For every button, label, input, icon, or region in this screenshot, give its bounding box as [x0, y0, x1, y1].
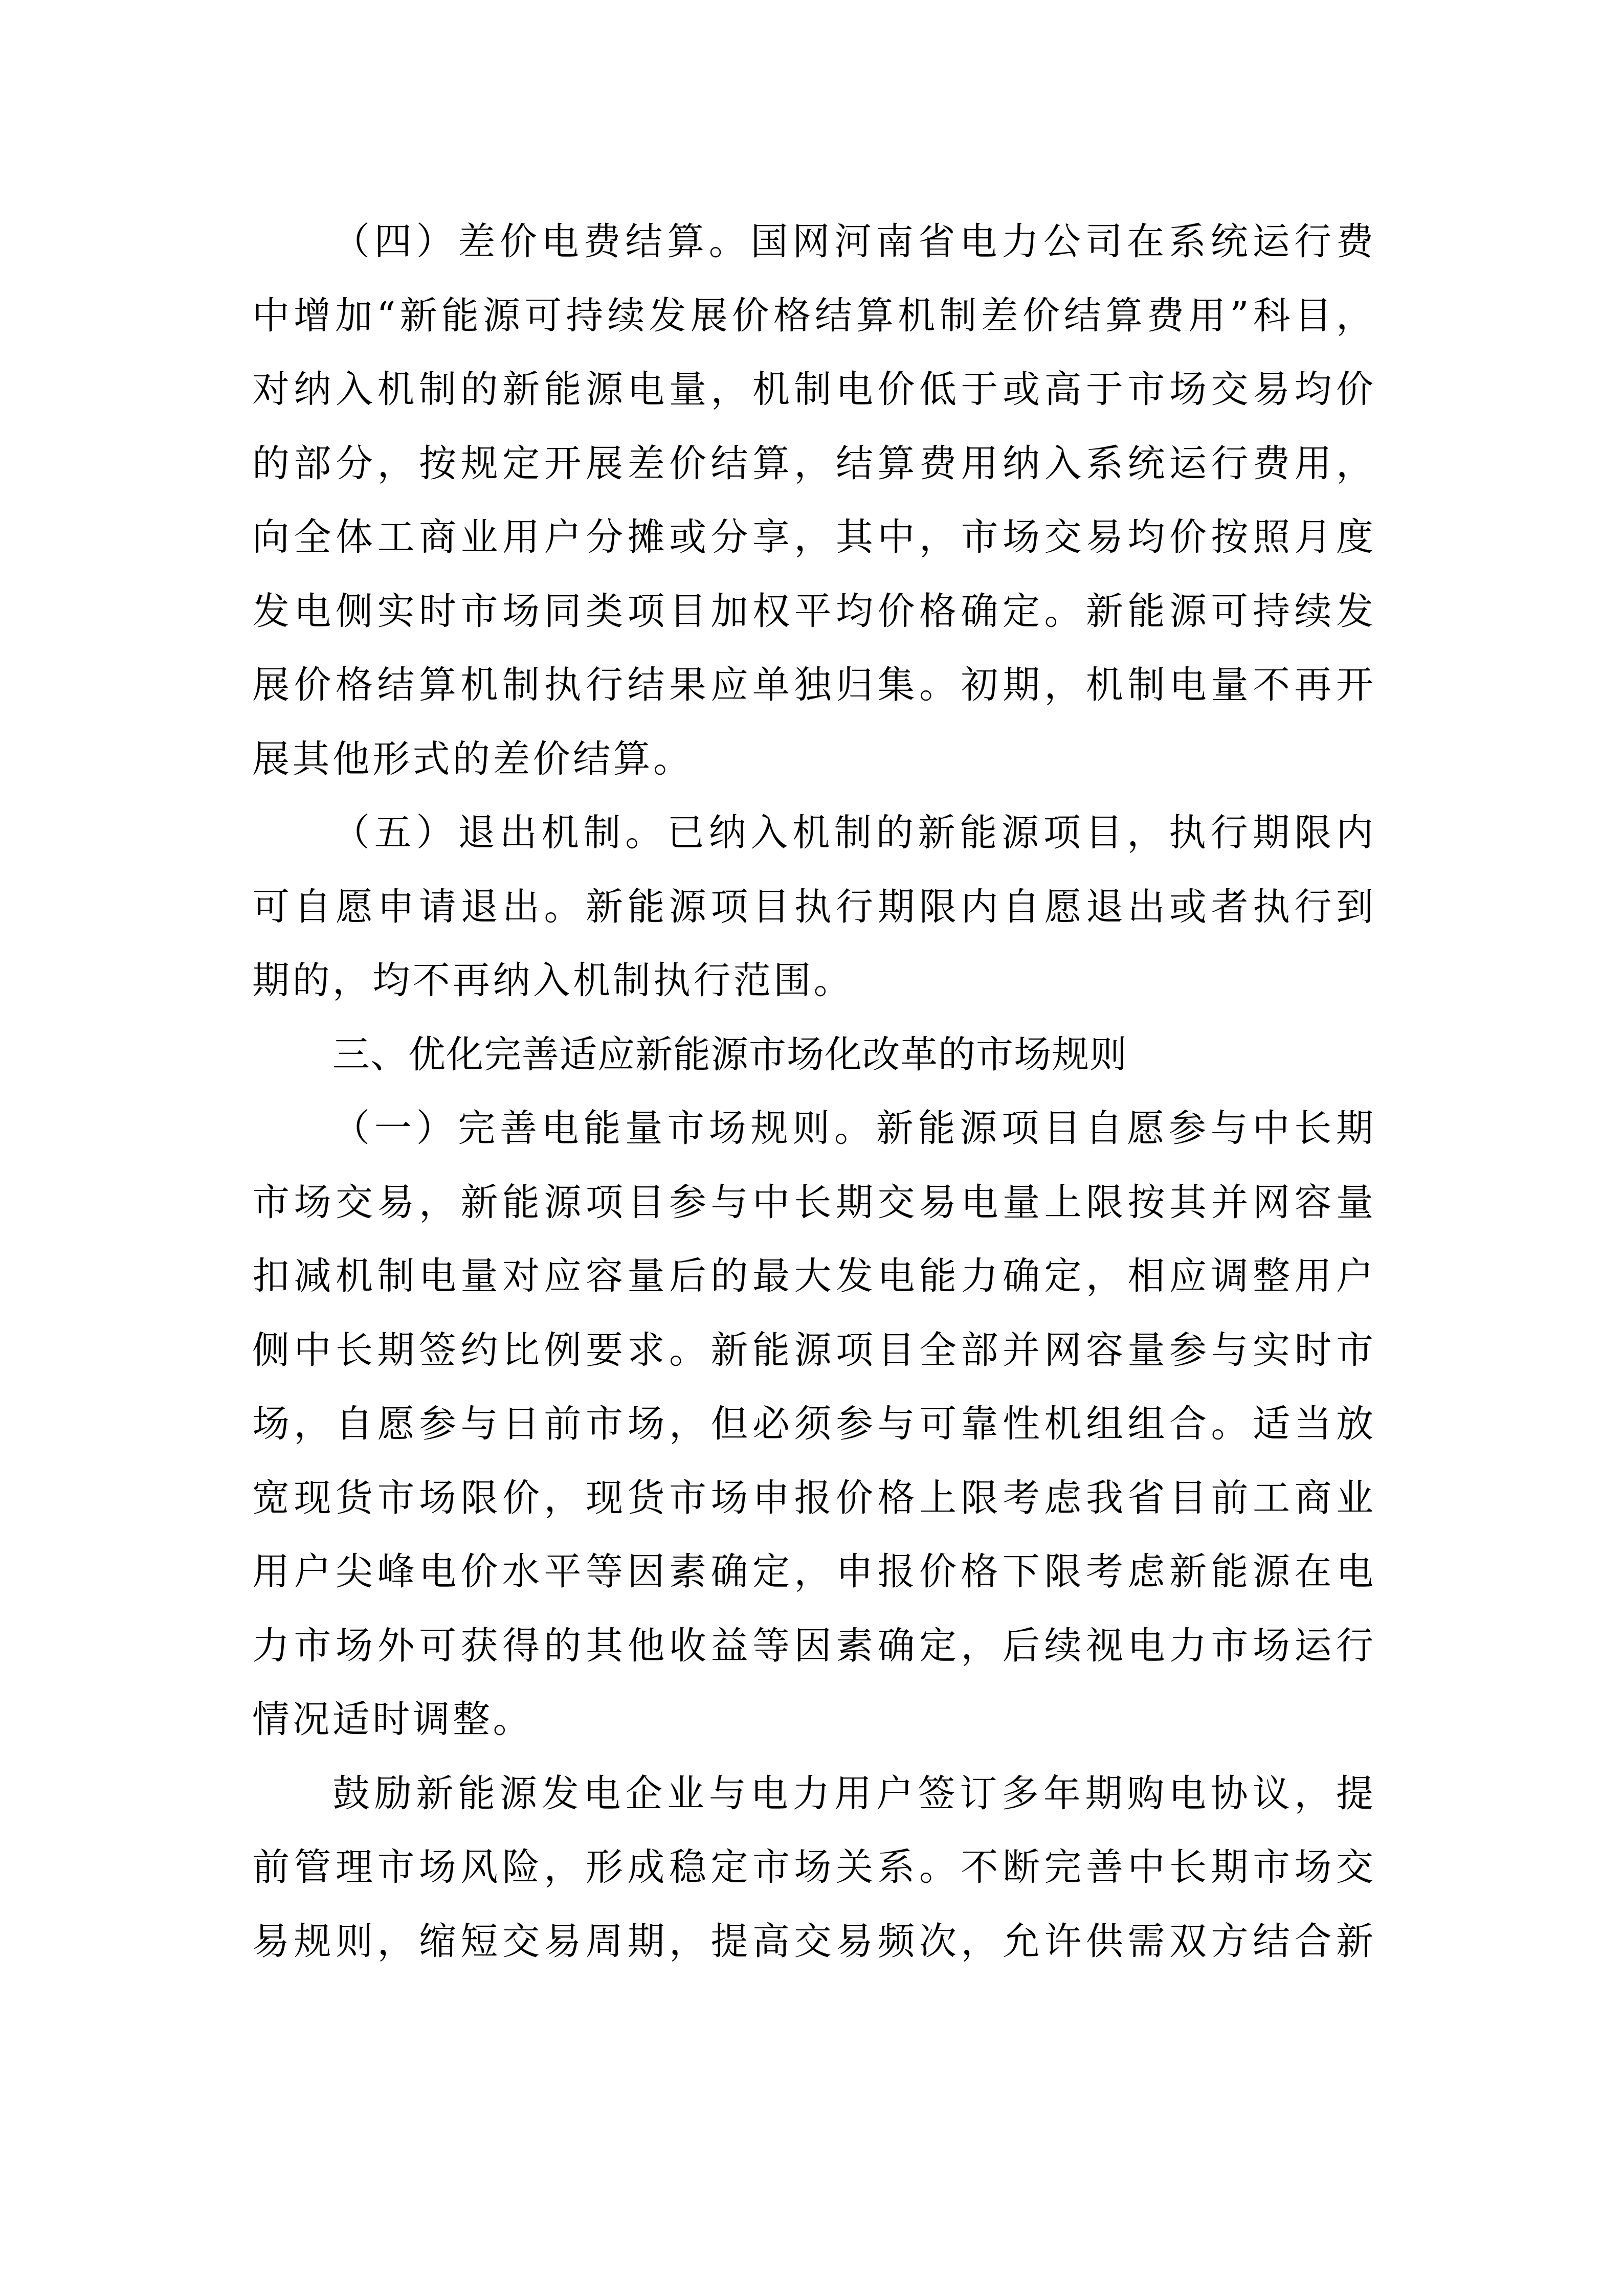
- text-line: 宽现货市场限价，现货市场申报价格上限考虑我省目前工商业: [252, 1461, 1375, 1536]
- text-line: 情况适时调整。: [252, 1683, 1375, 1757]
- text-line: 鼓励新能源发电企业与电力用户签订多年期购电协议，提: [252, 1757, 1375, 1831]
- section-heading-text: 三、优化完善适应新能源市场化改革的市场规则: [252, 1018, 1375, 1092]
- text-line: 展价格结算机制执行结果应单独归集。初期，机制电量不再开: [252, 648, 1375, 723]
- document-body: （四）差价电费结算。国网河南省电力公司在系统运行费 中增加“新能源可持续发展价格…: [252, 205, 1375, 1978]
- text-line: 展其他形式的差价结算。: [252, 723, 1375, 797]
- text-line: （五）退出机制。已纳入机制的新能源项目，执行期限内: [252, 796, 1375, 870]
- document-page: （四）差价电费结算。国网河南省电力公司在系统运行费 中增加“新能源可持续发展价格…: [0, 0, 1624, 2296]
- text-line: 可自愿申请退出。新能源项目执行期限内自愿退出或者执行到: [252, 870, 1375, 944]
- text-line: （一）完善电能量市场规则。新能源项目自愿参与中长期: [252, 1092, 1375, 1166]
- text-line: 场，自愿参与日前市场，但必须参与可靠性机组组合。适当放: [252, 1387, 1375, 1461]
- text-line: 前管理市场风险，形成稳定市场关系。不断完善中长期市场交: [252, 1831, 1375, 1905]
- text-line: 发电侧实时市场同类项目加权平均价格确定。新能源可持续发: [252, 575, 1375, 649]
- text-line: 向全体工商业用户分摊或分享，其中，市场交易均价按照月度: [252, 501, 1375, 575]
- section-heading: 三、优化完善适应新能源市场化改革的市场规则: [252, 1018, 1375, 1092]
- text-line: 的部分，按规定开展差价结算，结算费用纳入系统运行费用，: [252, 427, 1375, 501]
- paragraph-price-difference-settlement: （四）差价电费结算。国网河南省电力公司在系统运行费 中增加“新能源可持续发展价格…: [252, 205, 1375, 796]
- text-line: （四）差价电费结算。国网河南省电力公司在系统运行费: [252, 205, 1375, 279]
- text-line: 中增加“新能源可持续发展价格结算机制差价结算费用”科目，: [252, 279, 1375, 353]
- text-line: 市场交易，新能源项目参与中长期交易电量上限按其并网容量: [252, 1166, 1375, 1240]
- text-line: 用户尖峰电价水平等因素确定，申报价格下限考虑新能源在电: [252, 1535, 1375, 1609]
- paragraph-energy-market-rules: （一）完善电能量市场规则。新能源项目自愿参与中长期 市场交易，新能源项目参与中长…: [252, 1092, 1375, 1757]
- text-line: 力市场外可获得的其他收益等因素确定，后续视电力市场运行: [252, 1609, 1375, 1683]
- text-line: 扣减机制电量对应容量后的最大发电能力确定，相应调整用户: [252, 1240, 1375, 1314]
- text-line: 易规则，缩短交易周期，提高交易频次，允许供需双方结合新: [252, 1905, 1375, 1979]
- paragraph-exit-mechanism: （五）退出机制。已纳入机制的新能源项目，执行期限内 可自愿申请退出。新能源项目执…: [252, 796, 1375, 1018]
- text-line: 对纳入机制的新能源电量，机制电价低于或高于市场交易均价: [252, 353, 1375, 427]
- text-line: 侧中长期签约比例要求。新能源项目全部并网容量参与实时市: [252, 1314, 1375, 1388]
- paragraph-long-term-ppa: 鼓励新能源发电企业与电力用户签订多年期购电协议，提 前管理市场风险，形成稳定市场…: [252, 1757, 1375, 1979]
- text-line: 期的，均不再纳入机制执行范围。: [252, 944, 1375, 1018]
